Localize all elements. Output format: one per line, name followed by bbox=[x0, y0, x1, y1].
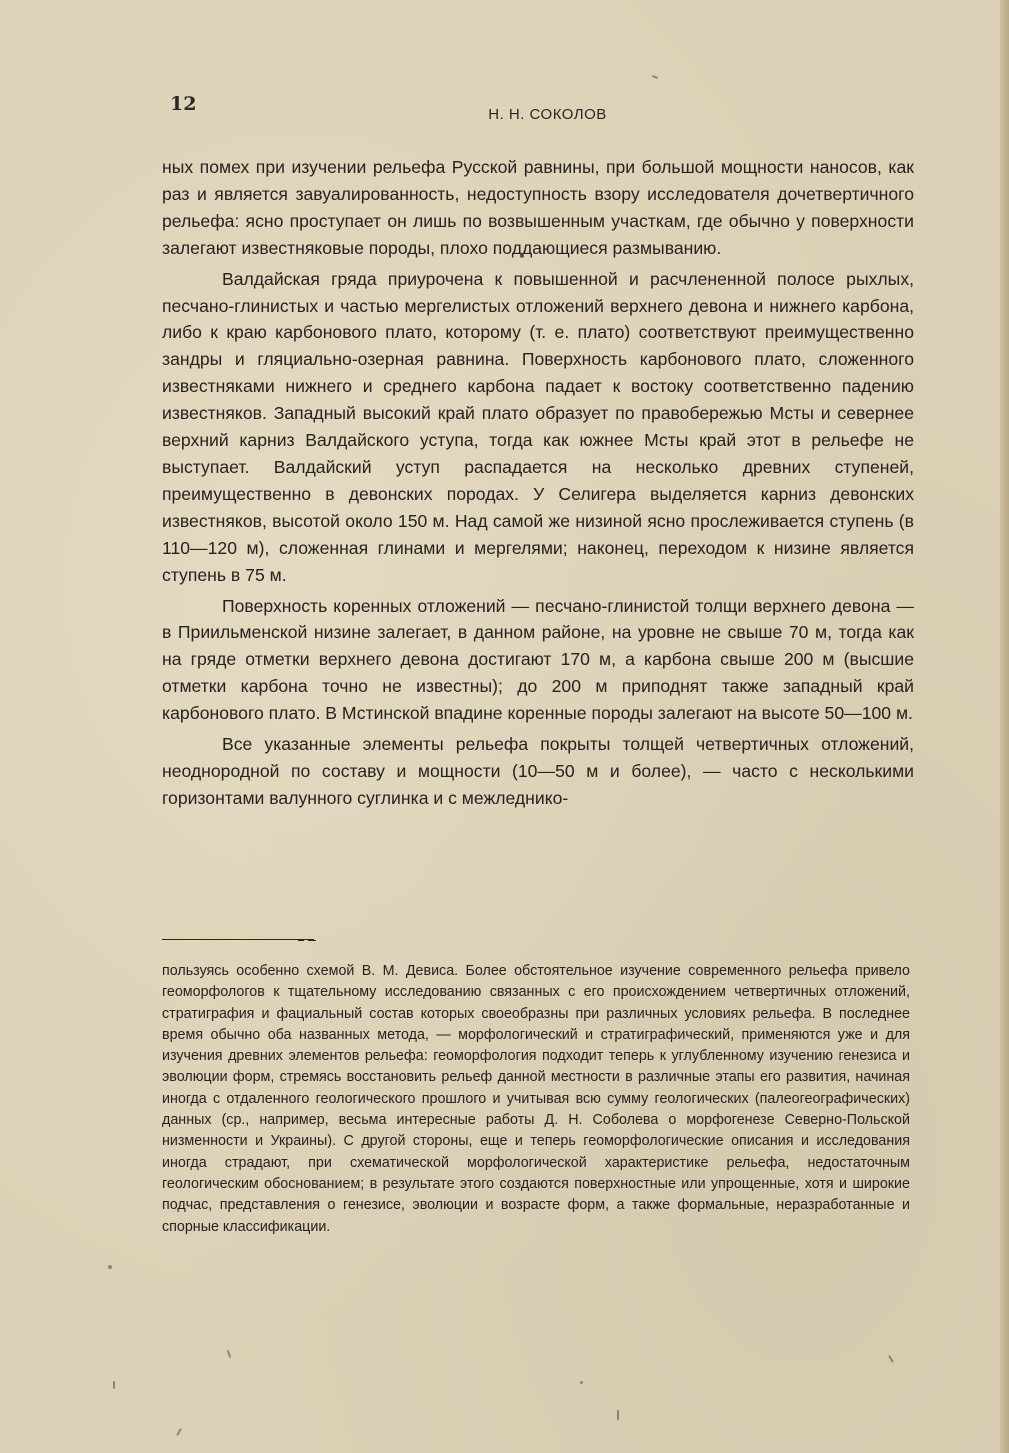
paragraph-bedrock-surface: Поверхность коренных отложений — песчано… bbox=[162, 593, 914, 728]
footnote-text: пользуясь особенно схемой В. М. Девиса. … bbox=[162, 961, 910, 1238]
footnote: пользуясь особенно схемой В. М. Девиса. … bbox=[162, 961, 910, 1238]
paper-speck bbox=[108, 1265, 112, 1269]
paper-speck bbox=[580, 1381, 583, 1384]
paper-speck bbox=[888, 1355, 894, 1363]
paragraph-valdai-ridge: Валдайская гряда приурочена к повышенной… bbox=[162, 266, 914, 589]
paragraph-quaternary-deposits: Все указанные элементы рельефа покрыты т… bbox=[162, 731, 914, 812]
paper-speck bbox=[113, 1381, 115, 1389]
paragraph-continuation: ных помех при изучении рельефа Русской р… bbox=[162, 154, 914, 262]
paper-speck bbox=[652, 75, 658, 79]
main-text: ных помех при изучении рельефа Русской р… bbox=[162, 154, 914, 816]
paper-speck bbox=[227, 1350, 232, 1358]
footnote-separator-dash bbox=[308, 940, 316, 941]
page-edge bbox=[1000, 0, 1009, 1453]
footnote-separator bbox=[162, 939, 314, 940]
footnote-separator-dash bbox=[298, 940, 304, 941]
paper-speck bbox=[617, 1410, 619, 1420]
running-head-author: Н. Н. СОКОЛОВ bbox=[0, 106, 1000, 123]
book-page: 12 Н. Н. СОКОЛОВ ных помех при изучении … bbox=[0, 0, 1000, 1453]
paper-speck bbox=[176, 1428, 182, 1436]
